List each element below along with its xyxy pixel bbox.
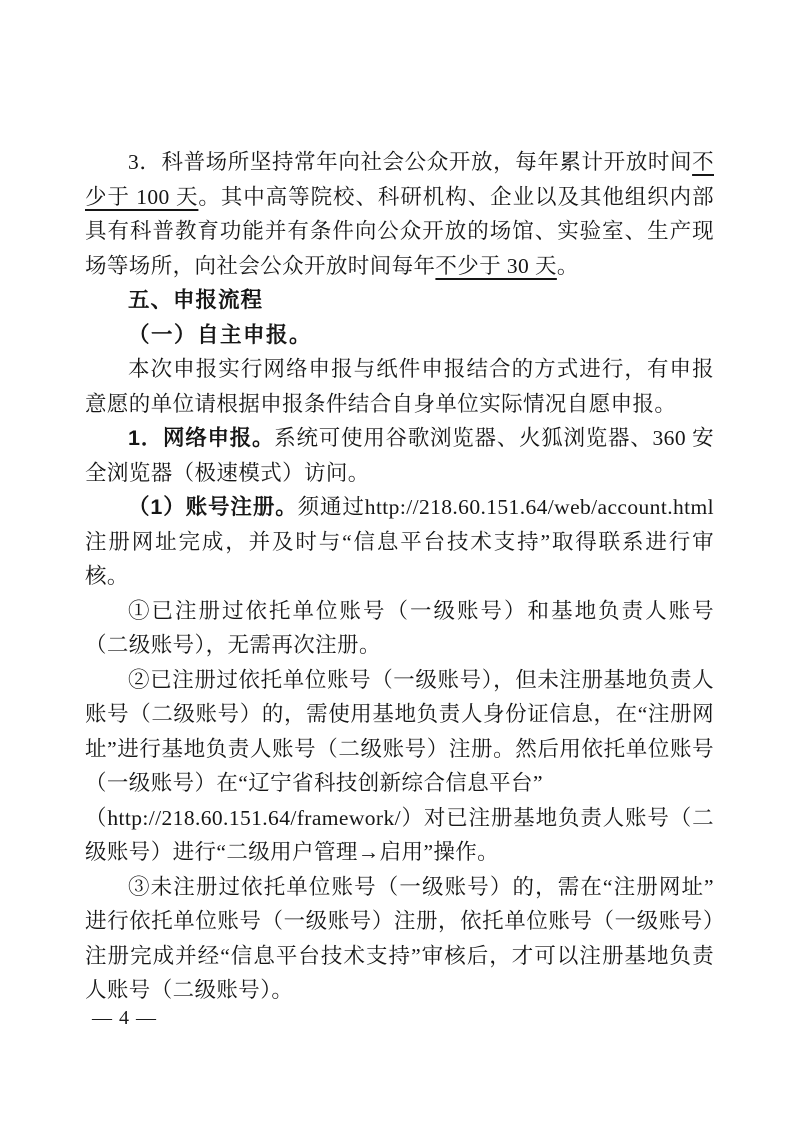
paragraph-wangluo-shenbao: 1．网络申报。系统可使用谷歌浏览器、火狐浏览器、360 安全浏览器（极速模式）访… — [85, 421, 714, 490]
bold-lead-zhanghao-zhuce: （1）账号注册。 — [128, 495, 298, 519]
text-segment: 3．科普场所坚持常年向社会公众开放，每年累计开放时间 — [128, 150, 692, 174]
footer-page-number: — 4 — — [92, 1003, 157, 1033]
heading-sub1-zizhu-shenbao: （一）自主申报。 — [85, 318, 714, 353]
text-segment: 。 — [557, 254, 579, 278]
paragraph-framework-url: （http://218.60.151.64/framework/）对已注册基地负… — [85, 801, 714, 870]
paragraph-zhanghao-zhuce: （1）账号注册。须通过http://218.60.151.64/web/acco… — [85, 490, 714, 594]
paragraph-kepu-kaifang: 3．科普场所坚持常年向社会公众开放，每年累计开放时间不少于 100 天。其中高等… — [85, 145, 714, 283]
document-page: 3．科普场所坚持常年向社会公众开放，每年累计开放时间不少于 100 天。其中高等… — [0, 0, 794, 1123]
document-content: 3．科普场所坚持常年向社会公众开放，每年累计开放时间不少于 100 天。其中高等… — [85, 145, 714, 1008]
paragraph-item-circle2: ②已注册过依托单位账号（一级账号），但未注册基地负责人账号（二级账号）的，需使用… — [85, 663, 714, 801]
paragraph-item-circle1: ①已注册过依托单位账号（一级账号）和基地负责人账号（二级账号），无需再次注册。 — [85, 594, 714, 663]
paragraph-shenbao-fangshi: 本次申报实行网络申报与纸件申报结合的方式进行，有申报意愿的单位请根据申报条件结合… — [85, 352, 714, 421]
underlined-text-30-days: 不少于 30 天 — [435, 254, 556, 278]
paragraph-item-circle3: ③未注册过依托单位账号（一级账号）的，需在“注册网址”进行依托单位账号（一级账号… — [85, 870, 714, 1008]
bold-lead-wangluo-shenbao: 1．网络申报。 — [128, 426, 274, 450]
heading-section5-shenbao-liucheng: 五、申报流程 — [85, 283, 714, 318]
